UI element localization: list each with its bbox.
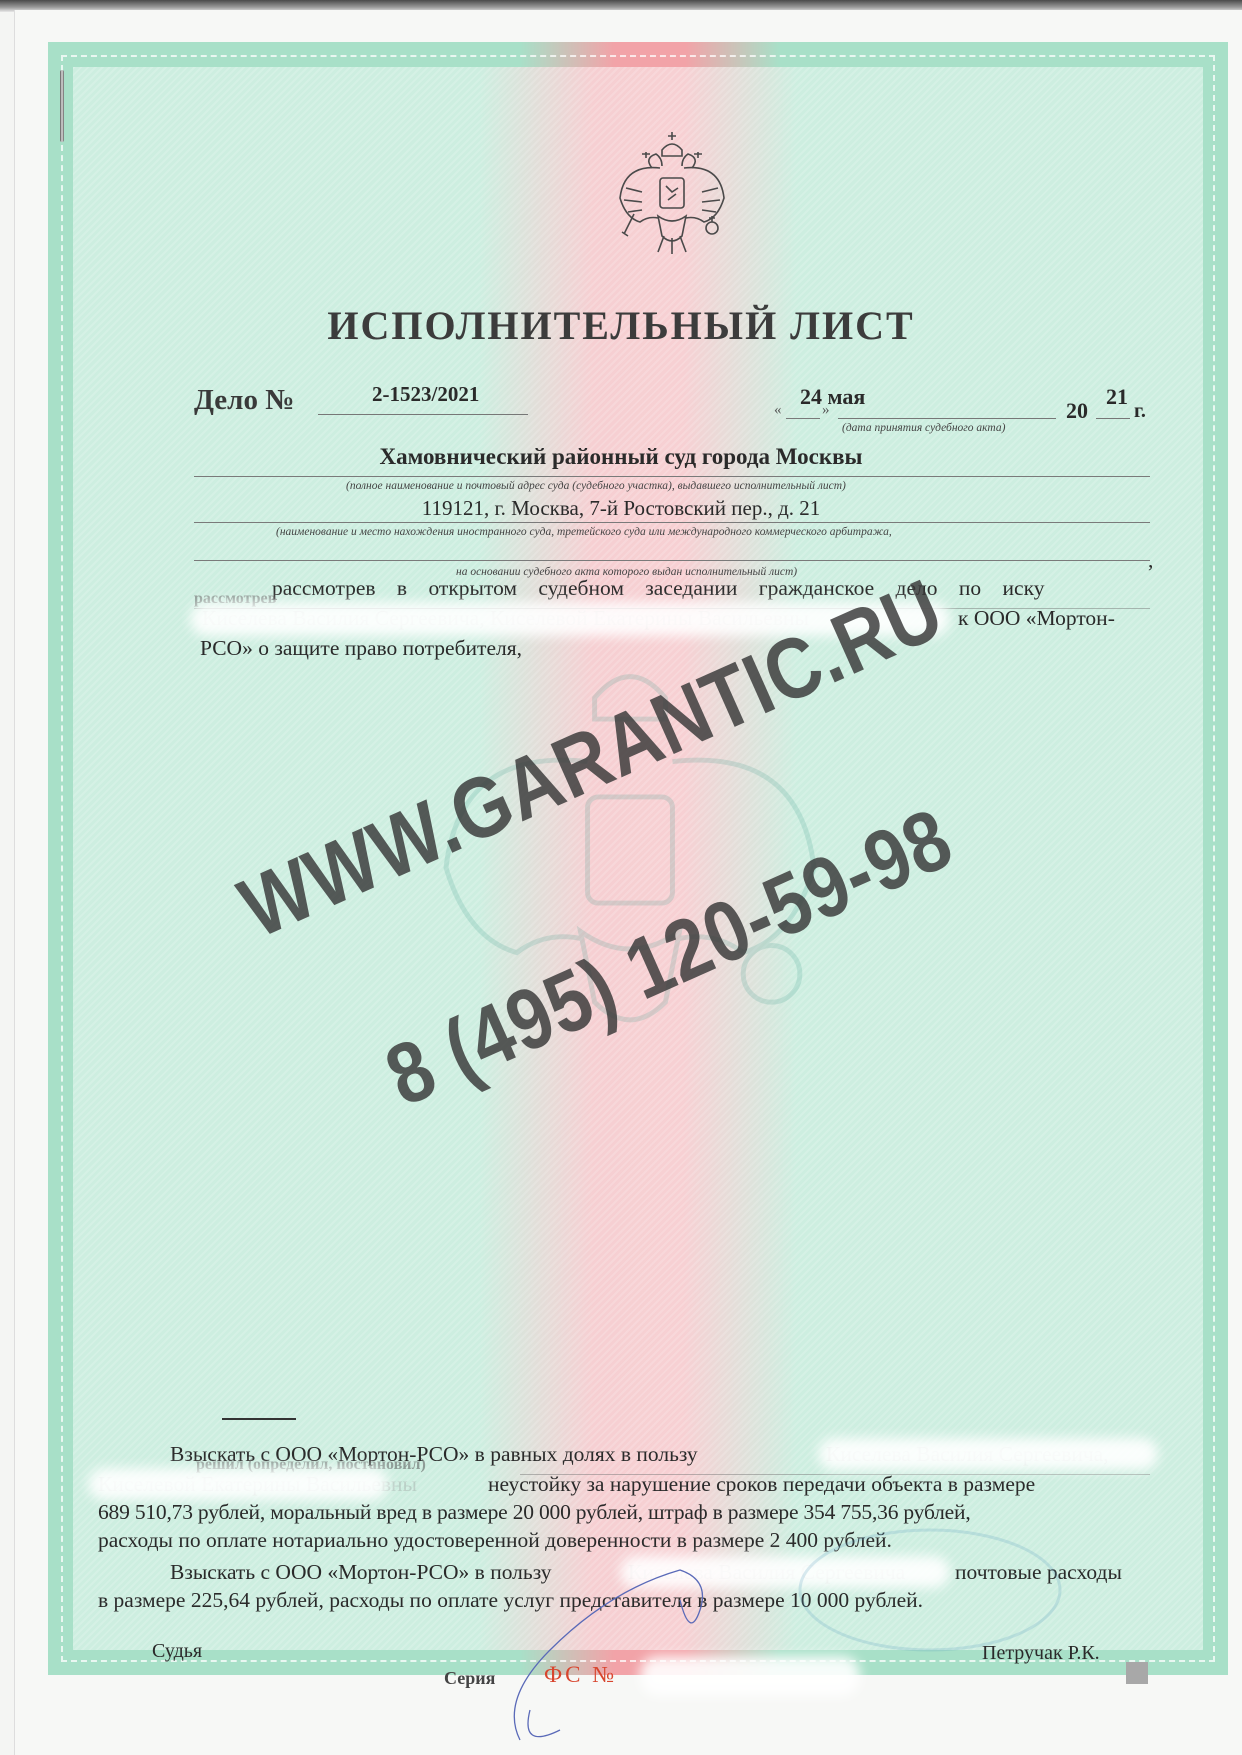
redaction-blur (818, 1438, 1158, 1470)
date-open-quote: « (774, 402, 782, 419)
year-underline (1096, 418, 1130, 419)
decision-p2-line-1: Взыскать с ООО «Мортон-РСО» в пользу (170, 1558, 552, 1586)
court-stamp (780, 1520, 1080, 1660)
scan-marker (1126, 1662, 1148, 1684)
month-underline (838, 418, 1056, 419)
staple (60, 70, 64, 142)
year-unit: г. (1134, 400, 1146, 423)
series-number-redaction (640, 1656, 860, 1696)
court-name-caption: (полное наименование и почтовый адрес су… (346, 480, 846, 492)
case-number-label: Дело № (194, 384, 294, 417)
decision-p1-line-2: неустойку за нарушение сроков передачи о… (488, 1470, 1035, 1498)
judge-signature (500, 1560, 740, 1750)
series-label: Серия (444, 1668, 495, 1689)
judge-label: Судья (152, 1640, 202, 1663)
section-dash (222, 1418, 296, 1420)
redaction-blur (88, 1468, 388, 1500)
court-name: Хамовнический районный суд города Москвы (0, 444, 1242, 470)
judge-name: Петручак Р.К. (982, 1642, 1100, 1665)
year-value: 21 (1106, 384, 1128, 410)
year-prefix: 20 (1066, 398, 1088, 424)
case-number-value: 2-1523/2021 (372, 382, 479, 407)
document-title: ИСПОЛНИТЕЛЬНЫЙ ЛИСТ (0, 302, 1242, 349)
russian-double-headed-eagle-icon (612, 128, 732, 258)
date-value: 24 мая (800, 384, 865, 410)
court-address-underline (194, 522, 1150, 523)
considered-line-3: РСО» о защите право потребителя, (200, 634, 522, 662)
case-number-underline (318, 414, 528, 415)
foreign-court-caption: (наименование и место нахождения иностра… (276, 526, 892, 538)
basis-underline (194, 560, 1150, 561)
date-caption: (дата принятия судебного акта) (842, 422, 1005, 434)
day-underline (786, 418, 820, 419)
considered-line-2: к ООО «Мортон- (958, 604, 1115, 632)
court-name-underline (194, 476, 1150, 477)
series-value: ФС № (544, 1662, 617, 1688)
decision-p1-line-4: расходы по оплате нотариально удостовере… (98, 1526, 892, 1554)
court-address: 119121, г. Москва, 7-й Ростовский пер., … (0, 496, 1242, 521)
basis-trailing-comma: , (1148, 546, 1153, 574)
